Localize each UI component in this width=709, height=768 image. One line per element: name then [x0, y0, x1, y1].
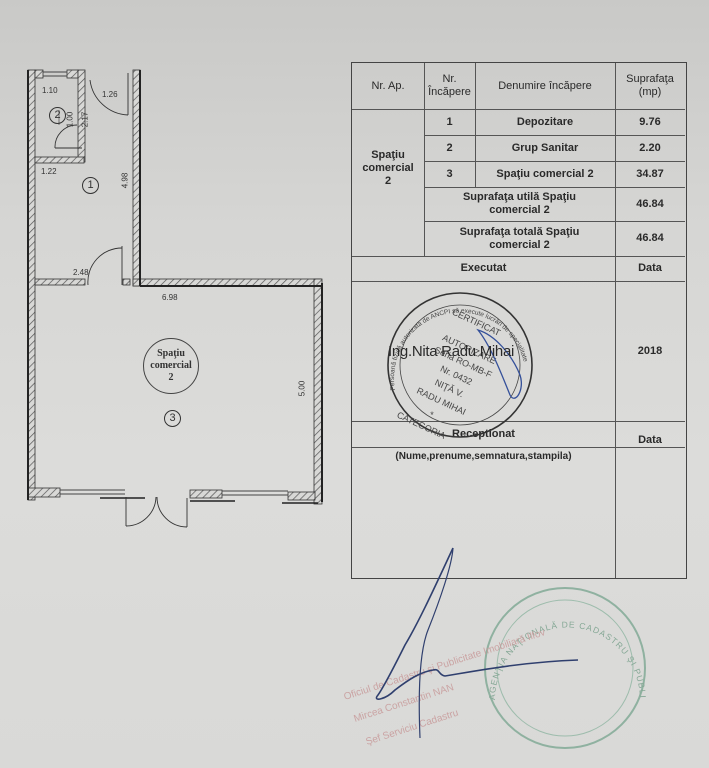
scanned-document: 1.10 1.26 1.00 2.17 1.22 4.98 2.48 6.98 …: [0, 0, 709, 768]
svg-text:AGENŢIA NAŢIONALĂ DE CADASTRU: AGENŢIA NAŢIONALĂ DE CADASTRU ŞI PUBLICI…: [0, 0, 648, 700]
ocpi-stamp-arc-text: AGENŢIA NAŢIONALĂ DE CADASTRU ŞI PUBLICI…: [0, 0, 648, 700]
ocpi-stamp: AGENŢIA NAŢIONALĂ DE CADASTRU ŞI PUBLICI…: [0, 0, 709, 768]
